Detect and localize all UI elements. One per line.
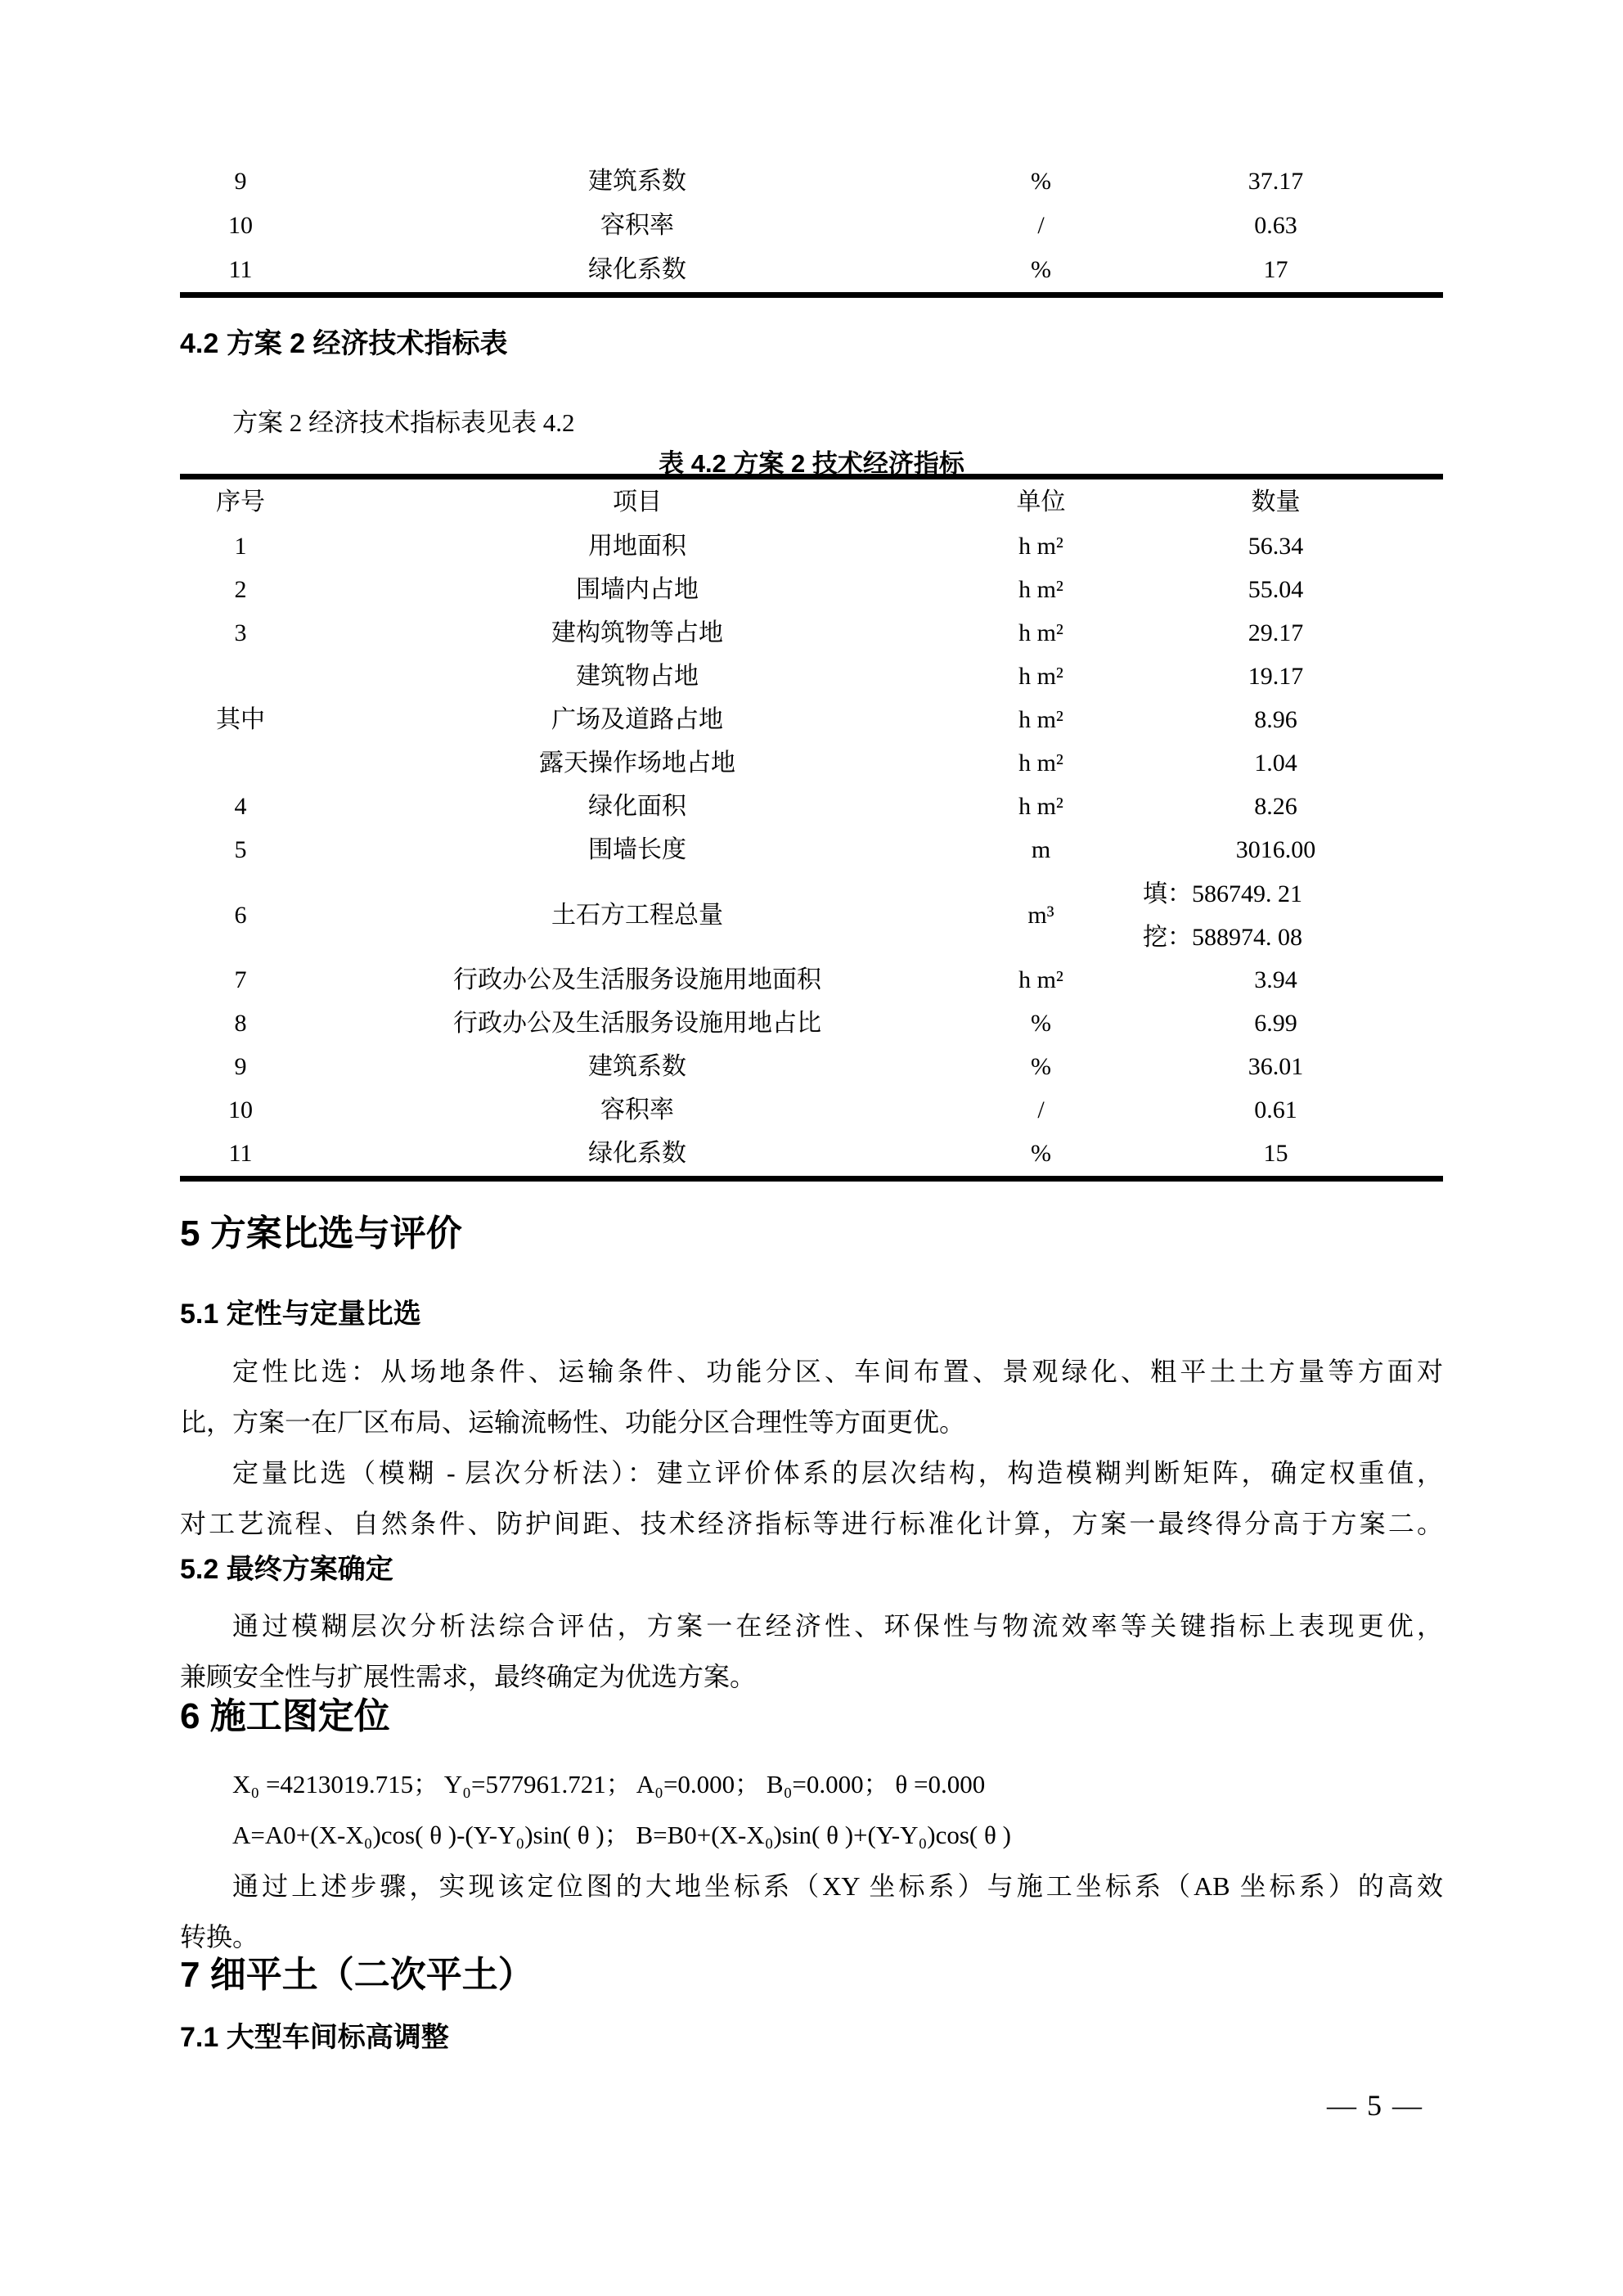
cell-no: 11 bbox=[180, 256, 301, 285]
cell-qty: 37.17 bbox=[1108, 168, 1443, 196]
table-row: 1 用地面积 h m² 56.34 bbox=[180, 525, 1443, 569]
cell-no: 10 bbox=[180, 212, 301, 241]
section-heading-5: 5 方案比选与评价 bbox=[180, 1213, 1443, 1256]
cell-no: 9 bbox=[180, 1053, 301, 1082]
cell-unit: / bbox=[973, 1096, 1108, 1125]
section-heading-7-1: 7.1 大型车间标高调整 bbox=[180, 2021, 1443, 2055]
table-row: 5 围墙长度 m 3016.00 bbox=[180, 829, 1443, 872]
cell-item: 行政办公及生活服务设施用地占比 bbox=[301, 1010, 973, 1038]
cell-no: 9 bbox=[180, 168, 301, 196]
cell-no: 5 bbox=[180, 836, 301, 865]
table-row: 3 建构筑物等占地 h m² 29.17 bbox=[180, 612, 1443, 655]
table-plan1-indicators-continued: 9 建筑系数 % 37.17 10 容积率 / 0.63 11 绿化系数 % 1… bbox=[180, 160, 1443, 298]
header-cell-qty: 数量 bbox=[1108, 488, 1443, 517]
cell-qty: 19.17 bbox=[1108, 663, 1443, 691]
cell-unit: h m² bbox=[973, 619, 1108, 648]
section-heading-5-1: 5.1 定性与定量比选 bbox=[180, 1298, 1443, 1331]
header-cell-no: 序号 bbox=[180, 488, 301, 517]
table-row: 9 建筑系数 % 36.01 bbox=[180, 1046, 1443, 1089]
cell-unit: h m² bbox=[973, 533, 1108, 561]
cell-qty: 36.01 bbox=[1108, 1053, 1443, 1082]
cell-item: 建筑系数 bbox=[301, 1053, 973, 1082]
cell-no: 2 bbox=[180, 576, 301, 605]
formula-transformation: A=A0+(X-X₀)cos( θ )-(Y-Y₀)sin( θ )； B=B0… bbox=[180, 1810, 1443, 1861]
cell-qty: 56.34 bbox=[1108, 533, 1443, 561]
section-heading-6: 6 施工图定位 bbox=[180, 1695, 1443, 1739]
table-row-earthwork: 6 土石方工程总量 m³ 填：586749. 21 挖：588974. 08 bbox=[180, 872, 1443, 959]
cell-qty: 6.99 bbox=[1108, 1010, 1443, 1038]
cell-unit: h m² bbox=[973, 966, 1108, 995]
qty-dig: 挖：588974. 08 bbox=[1143, 916, 1443, 959]
cell-qty: 8.96 bbox=[1108, 706, 1443, 735]
paragraph-line: 通过上述步骤，实现该定位图的大地坐标系（XY 坐标系）与施工坐标系（AB 坐标系… bbox=[180, 1861, 1443, 1911]
paragraph-line: 定量比选（模糊 - 层次分析法）：建立评价体系的层次结构，构造模糊判断矩阵，确定… bbox=[180, 1447, 1443, 1498]
cell-no: 3 bbox=[180, 619, 301, 648]
paragraph-line: 通过模糊层次分析法综合评估，方案一在经济性、环保性与物流效率等关键指标上表现更优… bbox=[180, 1600, 1443, 1651]
table-row: 露天操作场地占地 h m² 1.04 bbox=[180, 742, 1443, 786]
table-row: 4 绿化面积 h m² 8.26 bbox=[180, 786, 1443, 829]
cell-unit: % bbox=[973, 168, 1108, 196]
paragraph-line: 定性比选：从场地条件、运输条件、功能分区、车间布置、景观绿化、粗平土土方量等方面… bbox=[180, 1346, 1443, 1397]
table-row: 10 容积率 / 0.61 bbox=[180, 1089, 1443, 1132]
cell-unit: h m² bbox=[973, 663, 1108, 691]
cell-item: 容积率 bbox=[301, 212, 973, 241]
cell-item: 围墙内占地 bbox=[301, 576, 973, 605]
cell-qty: 3.94 bbox=[1108, 966, 1443, 995]
paragraph-line: 兼顾安全性与扩展性需求，最终确定为优选方案。 bbox=[180, 1651, 1443, 1702]
cell-item: 容积率 bbox=[301, 1096, 973, 1125]
cell-qty: 8.26 bbox=[1108, 793, 1443, 822]
cell-qty-fill-dig: 填：586749. 21 挖：588974. 08 bbox=[1108, 872, 1443, 959]
cell-item: 绿化系数 bbox=[301, 256, 973, 285]
cell-qty: 17 bbox=[1108, 256, 1443, 285]
cell-item: 绿化面积 bbox=[301, 793, 973, 822]
header-cell-unit: 单位 bbox=[973, 488, 1108, 517]
cell-unit: m³ bbox=[973, 902, 1108, 930]
section-heading-5-2: 5.2 最终方案确定 bbox=[180, 1553, 1443, 1587]
table-row: 9 建筑系数 % 37.17 bbox=[180, 160, 1443, 204]
table-plan2-indicators: 序号 项目 单位 数量 1 用地面积 h m² 56.34 2 围墙内占地 h … bbox=[180, 474, 1443, 1182]
cell-unit: h m² bbox=[973, 793, 1108, 822]
cell-no: 6 bbox=[180, 902, 301, 930]
paragraph-5-1: 定性比选：从场地条件、运输条件、功能分区、车间布置、景观绿化、粗平土土方量等方面… bbox=[180, 1346, 1443, 1549]
cell-item: 露天操作场地占地 bbox=[301, 750, 973, 778]
cell-qty: 29.17 bbox=[1108, 619, 1443, 648]
cell-item: 建筑物占地 bbox=[301, 663, 973, 691]
page-number: — 5 — bbox=[1327, 2088, 1423, 2123]
cell-no: 7 bbox=[180, 966, 301, 995]
paragraph-line: 对工艺流程、自然条件、防护间距、技术经济指标等进行标准化计算，方案一最终得分高于… bbox=[180, 1498, 1443, 1549]
cell-unit: % bbox=[973, 1140, 1108, 1168]
cell-item: 土石方工程总量 bbox=[301, 902, 973, 930]
cell-no: 4 bbox=[180, 793, 301, 822]
cell-item: 用地面积 bbox=[301, 533, 973, 561]
cell-item: 建筑系数 bbox=[301, 168, 973, 196]
section-heading-7: 7 细平土（二次平土） bbox=[180, 1954, 1443, 1997]
table-row: 11 绿化系数 % 17 bbox=[180, 248, 1443, 292]
cell-item: 围墙长度 bbox=[301, 836, 973, 865]
cell-qty: 3016.00 bbox=[1108, 836, 1443, 865]
cell-item: 建构筑物等占地 bbox=[301, 619, 973, 648]
cell-unit: m bbox=[973, 836, 1108, 865]
paragraph-6: X₀ =4213019.715； Y₀=577961.721； A₀=0.000… bbox=[180, 1759, 1443, 1962]
cell-no: 10 bbox=[180, 1096, 301, 1125]
table-row: 11 绿化系数 % 15 bbox=[180, 1132, 1443, 1176]
section-heading-4-2: 4.2 方案 2 经济技术指标表 bbox=[180, 327, 1443, 361]
cell-unit: % bbox=[973, 256, 1108, 285]
cell-qty: 55.04 bbox=[1108, 576, 1443, 605]
table-row: 10 容积率 / 0.63 bbox=[180, 204, 1443, 248]
table-row: 其中 广场及道路占地 h m² 8.96 bbox=[180, 699, 1443, 742]
document-page: 9 建筑系数 % 37.17 10 容积率 / 0.63 11 绿化系数 % 1… bbox=[0, 0, 1623, 2296]
table-row: 建筑物占地 h m² 19.17 bbox=[180, 655, 1443, 699]
cell-qty: 1.04 bbox=[1108, 750, 1443, 778]
cell-no: 8 bbox=[180, 1010, 301, 1038]
formula-origin-coordinates: X₀ =4213019.715； Y₀=577961.721； A₀=0.000… bbox=[180, 1759, 1443, 1810]
cell-unit: % bbox=[973, 1010, 1108, 1038]
cell-unit: % bbox=[973, 1053, 1108, 1082]
cell-qty: 0.61 bbox=[1108, 1096, 1443, 1125]
cell-unit: h m² bbox=[973, 750, 1108, 778]
table-row: 7 行政办公及生活服务设施用地面积 h m² 3.94 bbox=[180, 959, 1443, 1002]
cell-item: 行政办公及生活服务设施用地面积 bbox=[301, 966, 973, 995]
table-header-row: 序号 项目 单位 数量 bbox=[180, 479, 1443, 525]
cell-no: 1 bbox=[180, 533, 301, 561]
cell-no-qizhong: 其中 bbox=[180, 706, 301, 735]
cell-unit: h m² bbox=[973, 706, 1108, 735]
cell-item: 广场及道路占地 bbox=[301, 706, 973, 735]
cell-item: 绿化系数 bbox=[301, 1140, 973, 1168]
paragraph-line: 比，方案一在厂区布局、运输流畅性、功能分区合理性等方面更优。 bbox=[180, 1397, 1443, 1447]
table-intro-line: 方案 2 经济技术指标表见表 4.2 bbox=[180, 402, 1495, 439]
paragraph-5-2: 通过模糊层次分析法综合评估，方案一在经济性、环保性与物流效率等关键指标上表现更优… bbox=[180, 1600, 1443, 1702]
header-cell-item: 项目 bbox=[301, 488, 973, 517]
cell-unit: h m² bbox=[973, 576, 1108, 605]
table-row: 8 行政办公及生活服务设施用地占比 % 6.99 bbox=[180, 1002, 1443, 1046]
cell-unit: / bbox=[973, 212, 1108, 241]
qty-fill: 填：586749. 21 bbox=[1143, 872, 1443, 916]
cell-no: 11 bbox=[180, 1140, 301, 1168]
cell-qty: 0.63 bbox=[1108, 212, 1443, 241]
cell-qty: 15 bbox=[1108, 1140, 1443, 1168]
table-row: 2 围墙内占地 h m² 55.04 bbox=[180, 569, 1443, 612]
